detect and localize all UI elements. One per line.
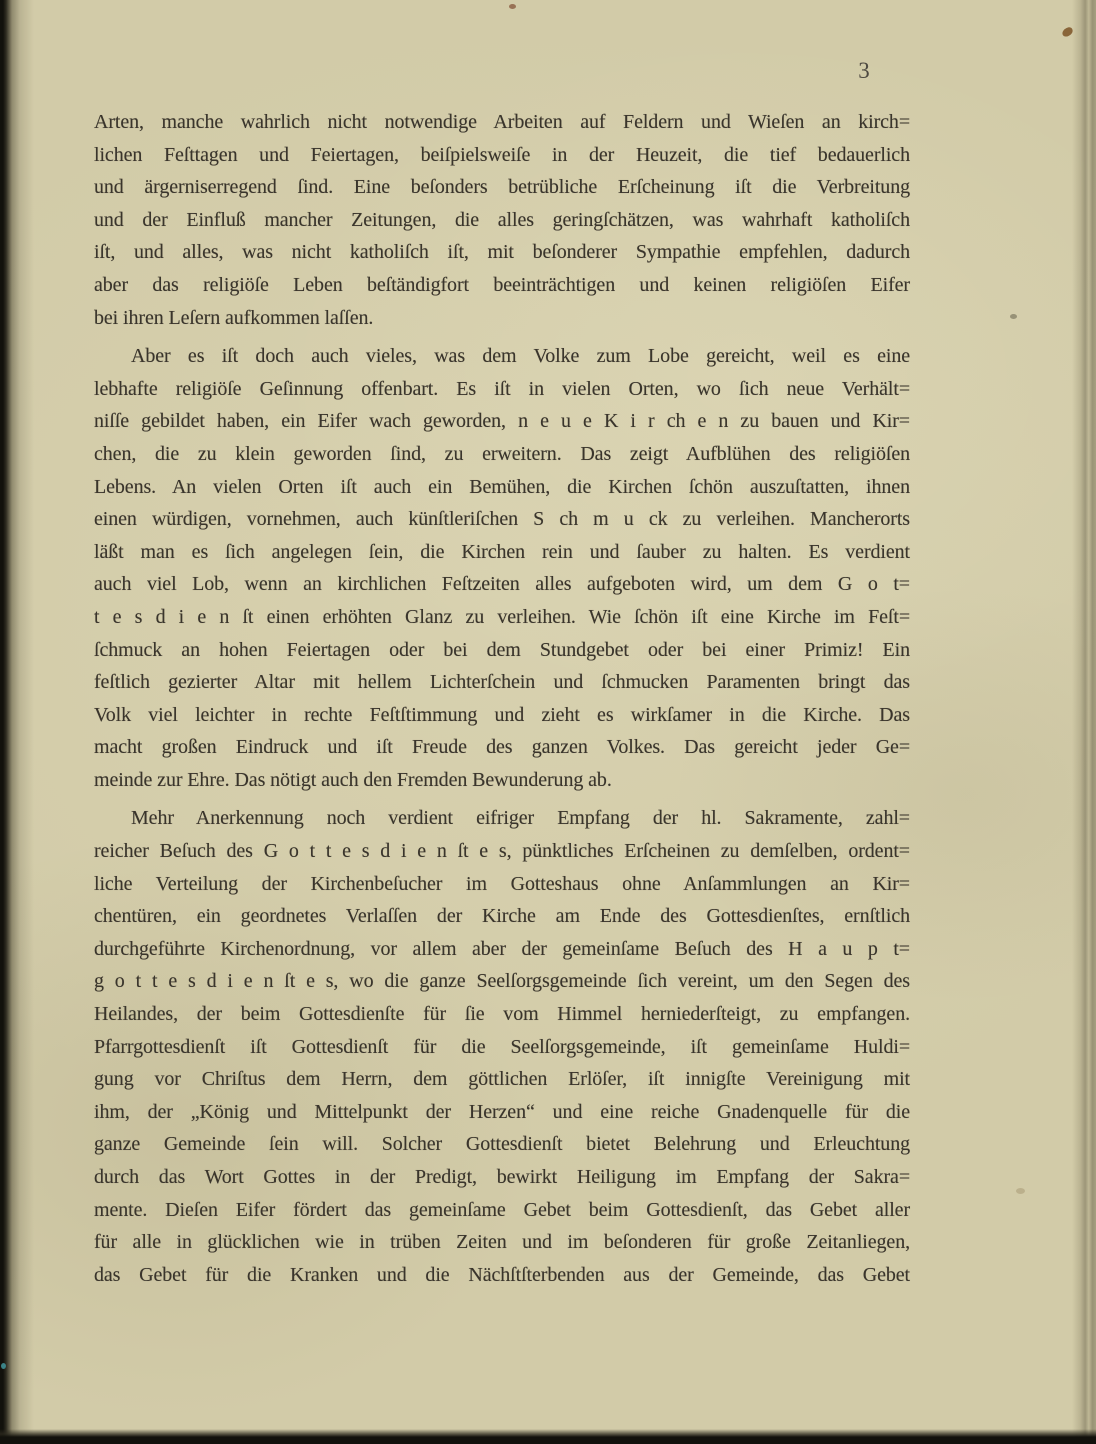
text-line: chen, die zu klein geworden ſind, zu erw… [94, 438, 910, 471]
text-line: g o t t e s d i e n ſt e s, wo die ganze… [94, 965, 910, 998]
text-line: und ärgerniserregend ſind. Eine beſonder… [94, 171, 910, 204]
text-line: auch viel Lob, wenn an kirchlichen Feſtz… [94, 568, 910, 601]
book-binding-edge [0, 0, 34, 1444]
paragraph-1: Arten, manche wahrlich nicht notwendige … [94, 106, 910, 334]
text-line: niſſe gebildet haben, ein Eifer wach gew… [94, 405, 910, 438]
text-line: ſchmuck an hohen Feiertagen oder bei dem… [94, 634, 910, 667]
text-line: lebhafte religiöſe Geſinnung offenbart. … [94, 373, 910, 406]
book-bottom-edge [0, 1429, 1096, 1444]
text-line: ihm, der „König und Mittelpunkt der Herz… [94, 1096, 910, 1129]
text-line: Heilandes, der beim Gottesdienſte für ſi… [94, 998, 910, 1031]
text-line: Pfarrgottesdienſt iſt Gottesdienſt für d… [94, 1031, 910, 1064]
page-number: 3 [840, 58, 888, 84]
text-line: einen würdigen, vornehmen, auch künſtler… [94, 503, 910, 536]
text-line: Lebens. An vielen Orten iſt auch ein Bem… [94, 471, 910, 504]
text-line: für alle in glücklichen wie in trüben Ze… [94, 1226, 910, 1259]
scan-speck [1010, 314, 1017, 319]
text-line: aber das religiöſe Leben beſtändigfort b… [94, 269, 910, 302]
text-line: meinde zur Ehre. Das nötigt auch den Fre… [94, 764, 910, 797]
text-line: durchgeführte Kirchenordnung, vor allem … [94, 933, 910, 966]
text-line: bei ihren Leſern aufkommen laſſen. [94, 302, 910, 335]
scan-speck [1016, 1188, 1025, 1194]
text-line: Mehr Anerkennung noch verdient eifriger … [94, 802, 910, 835]
text-line: Arten, manche wahrlich nicht notwendige … [94, 106, 910, 139]
text-line: ganze Gemeinde ſein will. Solcher Gottes… [94, 1128, 910, 1161]
text-line: das Gebet für die Kranken und die Nächſt… [94, 1259, 910, 1292]
paragraph-2: Aber es iſt doch auch vieles, was dem Vo… [94, 340, 910, 796]
text-line: reicher Beſuch des G o t t e s d i e n ſ… [94, 835, 910, 868]
text-line: Aber es iſt doch auch vieles, was dem Vo… [94, 340, 910, 373]
scan-speck [509, 4, 516, 9]
text-line: Volk viel leichter in rechte Feſtſtimmun… [94, 699, 910, 732]
text-line: mente. Dieſen Eifer fördert das gemeinſa… [94, 1194, 910, 1227]
text-line: iſt, und alles, was nicht katholiſch iſt… [94, 236, 910, 269]
page-stack-edge [1072, 0, 1096, 1444]
text-line: feſtlich gezierter Altar mit hellem Lich… [94, 666, 910, 699]
text-block: Arten, manche wahrlich nicht notwendige … [94, 106, 910, 1291]
text-line: gung vor Chriſtus dem Herrn, dem göttlic… [94, 1063, 910, 1096]
text-line: chentüren, ein geordnetes Verlaſſen der … [94, 900, 910, 933]
text-line: lichen Feſttagen und Feiertagen, beiſpie… [94, 139, 910, 172]
paragraph-3: Mehr Anerkennung noch verdient eifriger … [94, 802, 910, 1291]
text-line: macht großen Eindruck und iſt Freude des… [94, 731, 910, 764]
book-page-scan: 3 Arten, manche wahrlich nicht notwendig… [0, 0, 1096, 1444]
scan-speck [1, 1363, 6, 1369]
text-line: t e s d i e n ſt einen erhöhten Glanz zu… [94, 601, 910, 634]
text-line: liche Verteilung der Kirchenbeſucher im … [94, 868, 910, 901]
text-line: durch das Wort Gottes in der Predigt, be… [94, 1161, 910, 1194]
text-line: läßt man es ſich angelegen ſein, die Kir… [94, 536, 910, 569]
text-line: und der Einfluß mancher Zeitungen, die a… [94, 204, 910, 237]
